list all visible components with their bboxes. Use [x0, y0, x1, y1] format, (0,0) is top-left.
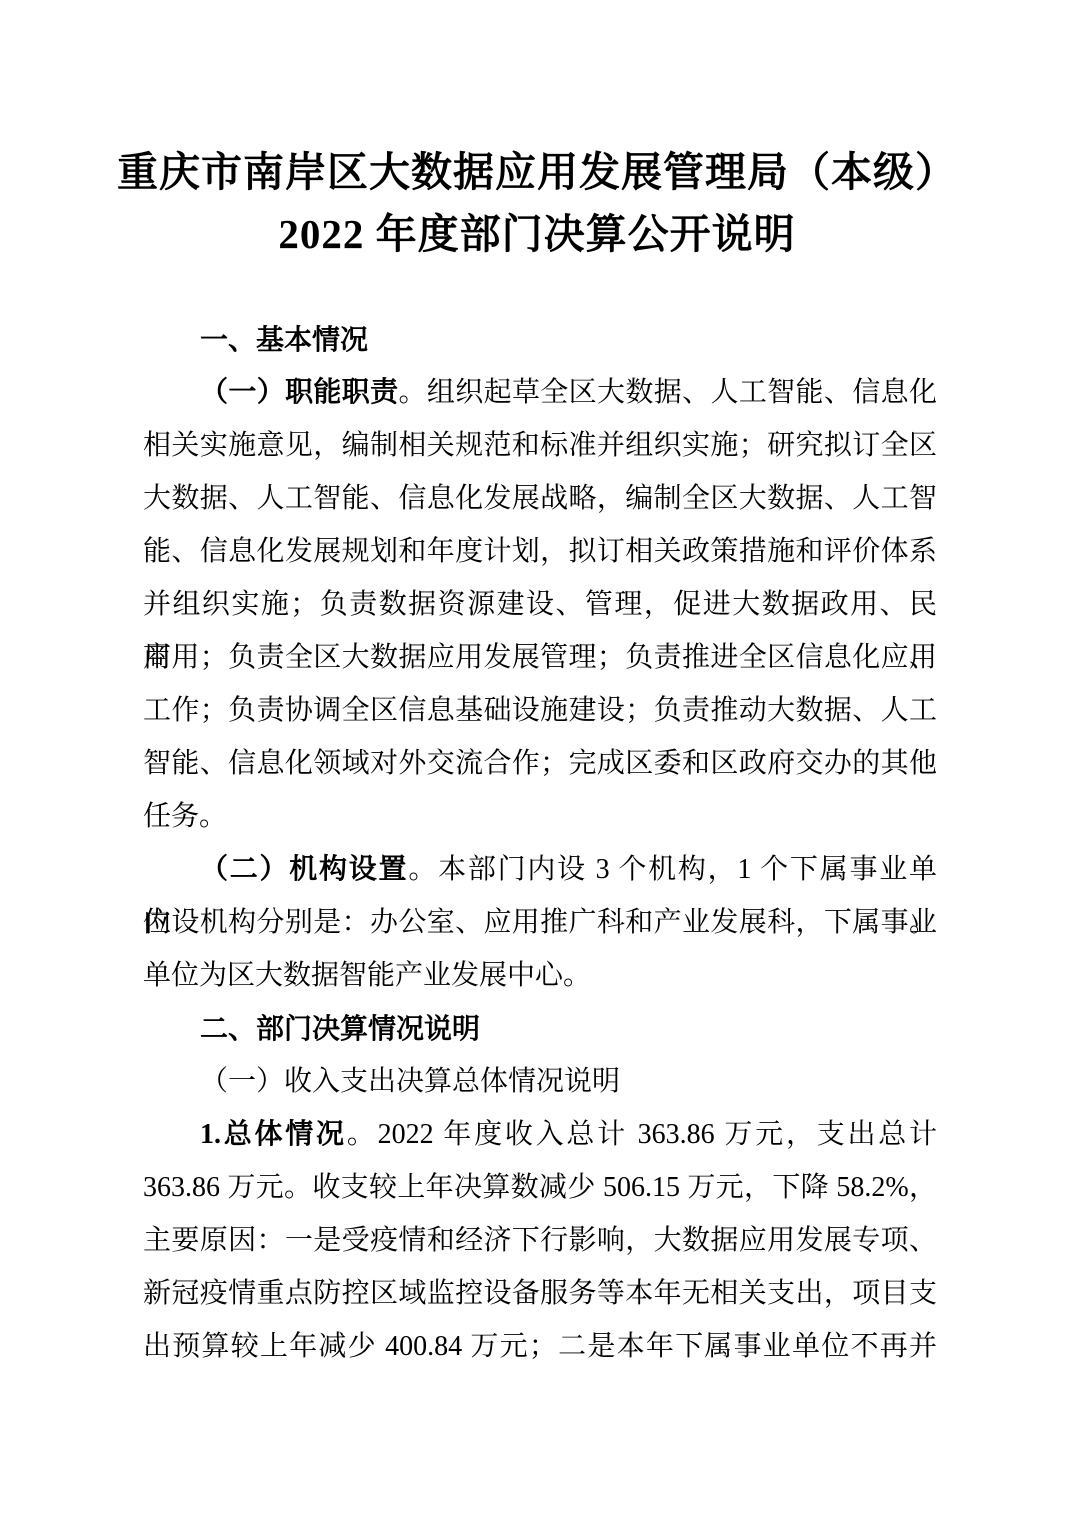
section-heading-1: 一、基本情况 [143, 313, 937, 366]
paragraph-line: 并组织实施；负责数据资源建设、管理，促进大数据政用、民用、 [143, 578, 937, 631]
paragraph-line: 单位为区大数据智能产业发展中心。 [143, 949, 937, 1002]
section-heading-2: 二、部门决算情况说明 [143, 1002, 937, 1055]
paragraph-text: 。2022 年度收入总计 363.86 万元，支出总计 [347, 1119, 937, 1150]
paragraph-line: 新冠疫情重点防控区域监控设备服务等本年无相关支出，项目支 [143, 1267, 937, 1320]
paragraph-line: 363.86 万元。收支较上年决算数减少 506.15 万元，下降 58.2%， [143, 1161, 937, 1214]
paragraph-line: 工作；负责协调全区信息基础设施建设；负责推动大数据、人工 [143, 684, 937, 737]
paragraph-line: 相关实施意见，编制相关规范和标准并组织实施；研究拟订全区 [143, 419, 937, 472]
paragraph-line: 能、信息化发展规划和年度计划，拟订相关政策措施和评价体系 [143, 525, 937, 578]
paragraph-lead: （二）机构设置 [200, 854, 408, 885]
paragraph-line: 内设机构分别是：办公室、应用推广科和产业发展科，下属事业 [143, 896, 937, 949]
document-body: 一、基本情况 （一）职能职责。组织起草全区大数据、人工智能、信息化 相关实施意见… [143, 313, 937, 1373]
document-title: 重庆市南岸区大数据应用发展管理局（本级） 2022 年度部门决算公开说明 [0, 141, 1074, 265]
paragraph-lead: 1.总体情况 [200, 1119, 347, 1150]
paragraph-line: （二）机构设置。本部门内设 3 个机构，1 个下属事业单位。 [143, 843, 937, 896]
paragraph-lead: （一）职能职责 [200, 377, 399, 408]
paragraph-line: 智能、信息化领域对外交流合作；完成区委和区政府交办的其他 [143, 737, 937, 790]
paragraph-text: 。组织起草全区大数据、人工智能、信息化 [399, 377, 937, 408]
paragraph-line: 任务。 [143, 790, 937, 843]
paragraph-line: 主要原因：一是受疫情和经济下行影响，大数据应用发展专项、 [143, 1214, 937, 1267]
paragraph-line: 商用；负责全区大数据应用发展管理；负责推进全区信息化应用 [143, 631, 937, 684]
paragraph-line: 1.总体情况。2022 年度收入总计 363.86 万元，支出总计 [143, 1108, 937, 1161]
paragraph-line: 出预算较上年减少 400.84 万元；二是本年下属事业单位不再并 [143, 1320, 937, 1373]
paragraph-line: 大数据、人工智能、信息化发展战略，编制全区大数据、人工智 [143, 472, 937, 525]
title-line-2: 2022 年度部门决算公开说明 [0, 203, 1074, 265]
subsection-heading: （一）收入支出决算总体情况说明 [143, 1055, 937, 1108]
paragraph-line: （一）职能职责。组织起草全区大数据、人工智能、信息化 [143, 366, 937, 419]
title-line-1: 重庆市南岸区大数据应用发展管理局（本级） [0, 141, 1074, 203]
document-page: 重庆市南岸区大数据应用发展管理局（本级） 2022 年度部门决算公开说明 一、基… [0, 0, 1074, 1520]
